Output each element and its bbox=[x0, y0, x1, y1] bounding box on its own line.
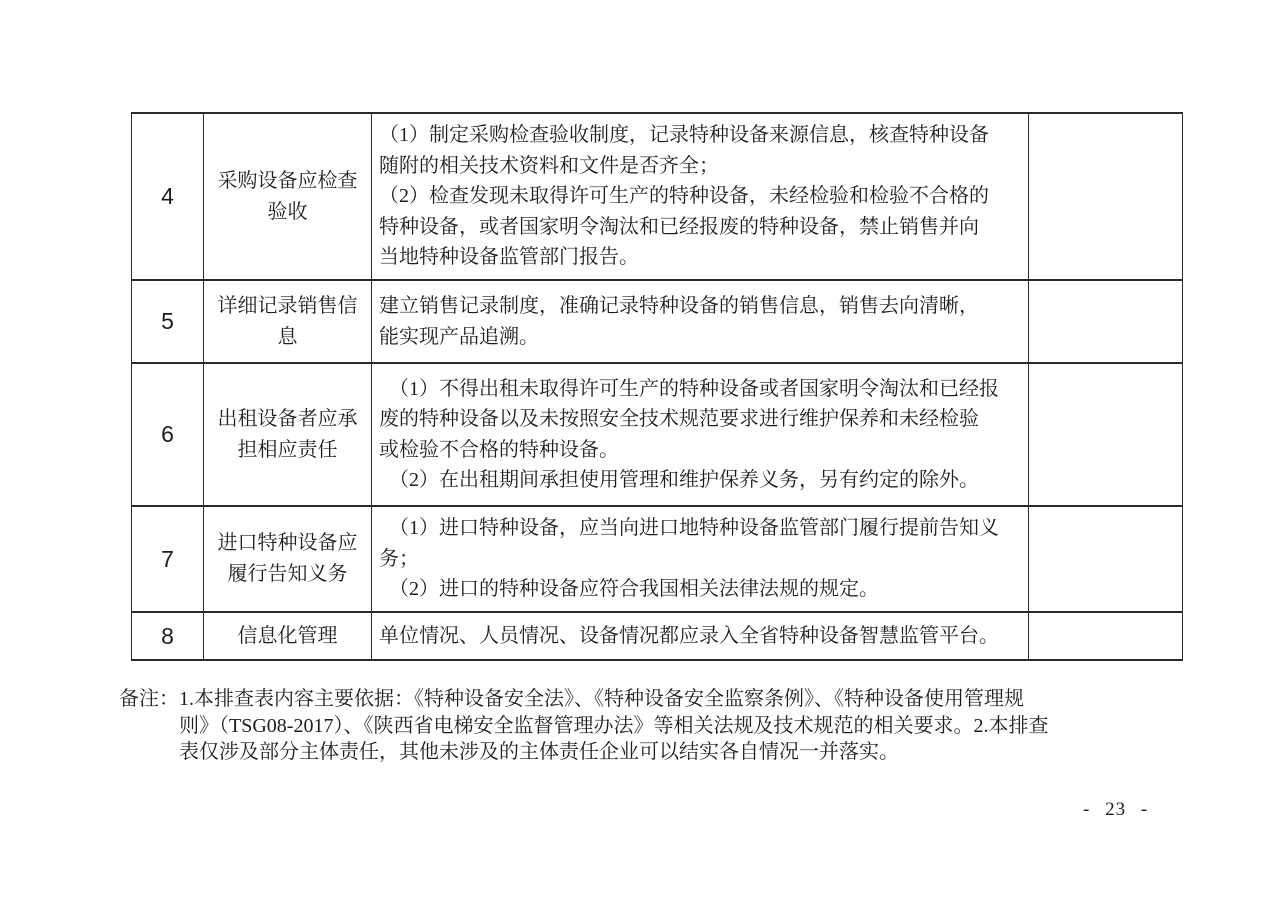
row-number: 7 bbox=[161, 546, 174, 572]
row-number-cell: 8 bbox=[132, 612, 204, 660]
remarks-text: 1.本排查表内容主要依据：《特种设备安全法》、《特种设备安全监察条例》、《特种设… bbox=[179, 686, 1171, 766]
row-number-cell: 6 bbox=[132, 363, 204, 506]
page-number: - 23 - bbox=[1083, 799, 1148, 821]
row-title-cell: 采购设备应检查 验收 bbox=[204, 113, 372, 280]
row-number-cell: 4 bbox=[132, 113, 204, 280]
row-content: （1）不得出租未取得许可生产的特种设备或者国家明令淘汰和已经报 废的特种设备以及… bbox=[372, 369, 1028, 501]
remarks-block: 备注： 1.本排查表内容主要依据：《特种设备安全法》、《特种设备安全监察条例》、… bbox=[119, 686, 1171, 766]
remarks-label: 备注： bbox=[119, 686, 179, 766]
row-content: 建立销售记录制度，准确记录特种设备的销售信息，销售去向清晰， 能实现产品追溯。 bbox=[372, 286, 1028, 357]
row-content-cell: （1）制定采购检查验收制度，记录特种设备来源信息，核查特种设备 随附的相关技术资… bbox=[372, 113, 1029, 280]
row-title-cell: 信息化管理 bbox=[204, 612, 372, 660]
row-number: 6 bbox=[161, 421, 174, 447]
row-title-cell: 出租设备者应承 担相应责任 bbox=[204, 363, 372, 506]
row-number-cell: 7 bbox=[132, 506, 204, 612]
inspection-table: 4 采购设备应检查 验收 （1）制定采购检查验收制度，记录特种设备来源信息，核查… bbox=[131, 112, 1183, 661]
table-row: 6 出租设备者应承 担相应责任 （1）不得出租未取得许可生产的特种设备或者国家明… bbox=[132, 363, 1183, 506]
row-remark-cell bbox=[1029, 280, 1183, 363]
row-number-cell: 5 bbox=[132, 280, 204, 363]
row-content: （1）进口特种设备，应当向进口地特种设备监管部门履行提前告知义 务； （2）进口… bbox=[372, 508, 1028, 610]
row-remark-cell bbox=[1029, 506, 1183, 612]
row-content: 单位情况、人员情况、设备情况都应录入全省特种设备智慧监管平台。 bbox=[372, 616, 1028, 657]
table-row: 7 进口特种设备应 履行告知义务 （1）进口特种设备，应当向进口地特种设备监管部… bbox=[132, 506, 1183, 612]
inspection-table-body: 4 采购设备应检查 验收 （1）制定采购检查验收制度，记录特种设备来源信息，核查… bbox=[132, 113, 1183, 660]
row-content-cell: （1）不得出租未取得许可生产的特种设备或者国家明令淘汰和已经报 废的特种设备以及… bbox=[372, 363, 1029, 506]
table-row: 4 采购设备应检查 验收 （1）制定采购检查验收制度，记录特种设备来源信息，核查… bbox=[132, 113, 1183, 280]
row-remark-cell bbox=[1029, 113, 1183, 280]
row-content-cell: （1）进口特种设备，应当向进口地特种设备监管部门履行提前告知义 务； （2）进口… bbox=[372, 506, 1029, 612]
row-number: 8 bbox=[161, 623, 174, 649]
row-title-cell: 进口特种设备应 履行告知义务 bbox=[204, 506, 372, 612]
table-row: 8 信息化管理 单位情况、人员情况、设备情况都应录入全省特种设备智慧监管平台。 bbox=[132, 612, 1183, 660]
row-remark-cell bbox=[1029, 363, 1183, 506]
table-row: 5 详细记录销售信 息 建立销售记录制度，准确记录特种设备的销售信息，销售去向清… bbox=[132, 280, 1183, 363]
row-title-cell: 详细记录销售信 息 bbox=[204, 280, 372, 363]
document-page: 4 采购设备应检查 验收 （1）制定采购检查验收制度，记录特种设备来源信息，核查… bbox=[0, 0, 1280, 905]
row-content: （1）制定采购检查验收制度，记录特种设备来源信息，核查特种设备 随附的相关技术资… bbox=[372, 115, 1028, 278]
row-remark-cell bbox=[1029, 612, 1183, 660]
row-number: 4 bbox=[161, 183, 174, 209]
row-content-cell: 单位情况、人员情况、设备情况都应录入全省特种设备智慧监管平台。 bbox=[372, 612, 1029, 660]
row-number: 5 bbox=[161, 308, 174, 334]
row-content-cell: 建立销售记录制度，准确记录特种设备的销售信息，销售去向清晰， 能实现产品追溯。 bbox=[372, 280, 1029, 363]
